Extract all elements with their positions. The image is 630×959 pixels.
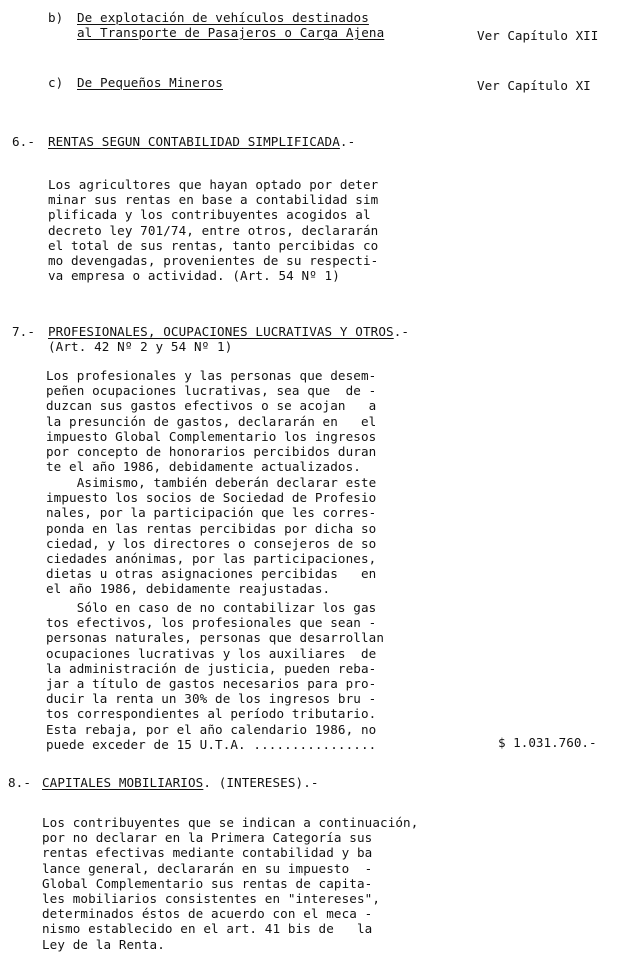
section-7-heading: PROFESIONALES, OCUPACIONES LUCRATIVAS Y … [48,324,394,339]
paragraph-line: va empresa o actividad. (Art. 54 Nº 1) [48,268,340,283]
item-b-title-line-1: De explotación de vehículos destinados [77,10,369,25]
paragraph-line: ciedad, y los directores o consejeros de… [46,536,376,551]
paragraph-line: jar a título de gastos necesarios para p… [46,676,376,691]
paragraph-line: Esta rebaja, por el año calendario 1986,… [46,722,376,737]
section-8-heading-suffix: . (INTERESES).- [203,775,318,790]
item-b-title-line-2: al Transporte de Pasajeros o Carga Ajena [77,25,384,40]
paragraph-line: por no declarar en la Primera Categoría … [42,830,372,845]
item-c-title: De Pequeños Mineros [77,75,223,90]
section-7-heading-wrap: PROFESIONALES, OCUPACIONES LUCRATIVAS Y … [48,324,409,339]
paragraph-line: les mobiliarios consistentes en "interes… [42,891,380,906]
item-b-marker: b) [48,10,63,25]
section-6-heading-suffix: .- [340,134,355,149]
section-6-heading: RENTAS SEGUN CONTABILIDAD SIMPLIFICADA [48,134,340,149]
paragraph-line: minar sus rentas en base a contabilidad … [48,192,378,207]
paragraph-line: ocupaciones lucrativas y los auxiliares … [46,646,376,661]
section-8-heading: CAPITALES MOBILIARIOS [42,775,203,790]
section-7-number: 7.- [12,324,35,339]
paragraph-line: Sólo en caso de no contabilizar los gas [46,600,376,615]
paragraph-line: mo devengadas, provenientes de su respec… [48,253,378,268]
paragraph-line: nales, por la participación que les corr… [46,505,376,520]
paragraph-line: la presunción de gastos, declararán en e… [46,414,376,429]
section-8-heading-wrap: CAPITALES MOBILIARIOS. (INTERESES).- [42,775,319,790]
paragraph-line: dietas u otras asignaciones percibidas e… [46,566,376,581]
paragraph-line: ciedades anónimas, por las participacion… [46,551,376,566]
paragraph-line: ducir la renta un 30% de los ingresos br… [46,691,376,706]
section-6-number: 6.- [12,134,35,149]
paragraph-line: lance general, declararán en su impuesto… [42,861,372,876]
paragraph-line: ponda en las rentas percibidas por dicha… [46,521,376,536]
paragraph-line: por concepto de honorarios percibidos du… [46,444,376,459]
paragraph-line: Los agricultores que hayan optado por de… [48,177,378,192]
paragraph-line: peñen ocupaciones lucrativas, sea que de… [46,383,376,398]
paragraph-line: personas naturales, personas que desarro… [46,630,384,645]
paragraph-line: impuesto los socios de Sociedad de Profe… [46,490,376,505]
paragraph-line: Ley de la Renta. [42,937,165,952]
paragraph-line: plificada y los contribuyentes acogidos … [48,207,371,222]
paragraph-line: puede exceder de 15 U.T.A. .............… [46,737,376,752]
paragraph-line: tos efectivos, los profesionales que sea… [46,615,376,630]
section-6-heading-wrap: RENTAS SEGUN CONTABILIDAD SIMPLIFICADA.- [48,134,355,149]
paragraph-line: duzcan sus gastos efectivos o se acojan … [46,398,376,413]
paragraph-line: Los profesionales y las personas que des… [46,368,376,383]
paragraph-line: Los contribuyentes que se indican a cont… [42,815,418,830]
paragraph-line: Global Complementario sus rentas de capi… [42,876,372,891]
section-8-number: 8.- [8,775,31,790]
paragraph-line: determinados éstos de acuerdo con el mec… [42,906,372,921]
paragraph-line: el año 1986, debidamente reajustadas. [46,581,330,596]
section-7-amount: $ 1.031.760.- [498,735,597,750]
item-c-reference: Ver Capítulo XI [477,78,591,93]
paragraph-line: Asimismo, también deberán declarar este [46,475,376,490]
item-b-reference: Ver Capítulo XII [477,28,598,43]
section-7-subheading: (Art. 42 Nº 2 y 54 Nº 1) [48,339,232,354]
paragraph-line: tos correspondientes al período tributar… [46,706,376,721]
paragraph-line: la administración de justicia, pueden re… [46,661,376,676]
paragraph-line: nismo establecido en el art. 41 bis de l… [42,921,372,936]
paragraph-line: impuesto Global Complementario los ingre… [46,429,376,444]
paragraph-line: te el año 1986, debidamente actualizados… [46,459,361,474]
section-7-heading-suffix: .- [394,324,409,339]
paragraph-line: decreto ley 701/74, entre otros, declara… [48,223,378,238]
paragraph-line: rentas efectivas mediante contabilidad y… [42,845,372,860]
paragraph-line: el total de sus rentas, tanto percibidas… [48,238,378,253]
item-c-marker: c) [48,75,63,90]
